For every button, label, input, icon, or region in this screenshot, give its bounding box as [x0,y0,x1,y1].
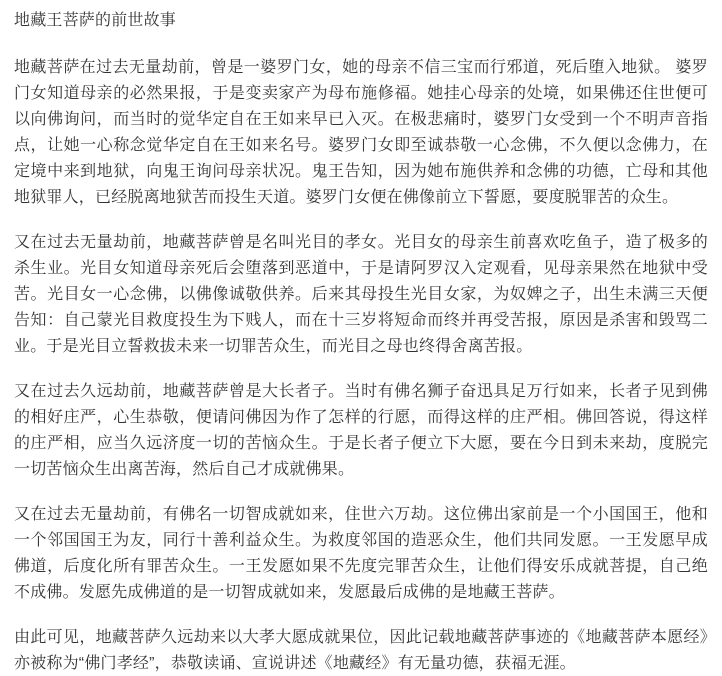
story-paragraph-two-kings: 又在过去无量劫前，有佛名一切智成就如来，住世六万劫。这位佛出家前是一个小国国王，… [14,502,708,606]
story-paragraph-elders-son: 又在过去久远劫前，地藏菩萨曾是大长者子。当时有佛名狮子奋迅具足万行如来，长者子见… [14,379,708,483]
page-title: 地藏王菩萨的前世故事 [14,8,708,34]
story-paragraph-guangmu-daughter: 又在过去无量劫前，地藏菩萨曾是名叫光目的孝女。光目女的母亲生前喜欢吃鱼子，造了极… [14,230,708,360]
story-paragraph-conclusion: 由此可见，地藏菩萨久远劫来以大孝大愿成就果位，因此记载地藏菩萨事迹的《地藏菩萨本… [14,625,708,676]
document-page: 地藏王菩萨的前世故事 地藏菩萨在过去无量劫前，曾是一婆罗门女，她的母亲不信三宝而… [0,0,722,676]
story-paragraph-brahmin-girl: 地藏菩萨在过去无量劫前，曾是一婆罗门女，她的母亲不信三宝而行邪道，死后堕入地狱。… [14,55,708,211]
